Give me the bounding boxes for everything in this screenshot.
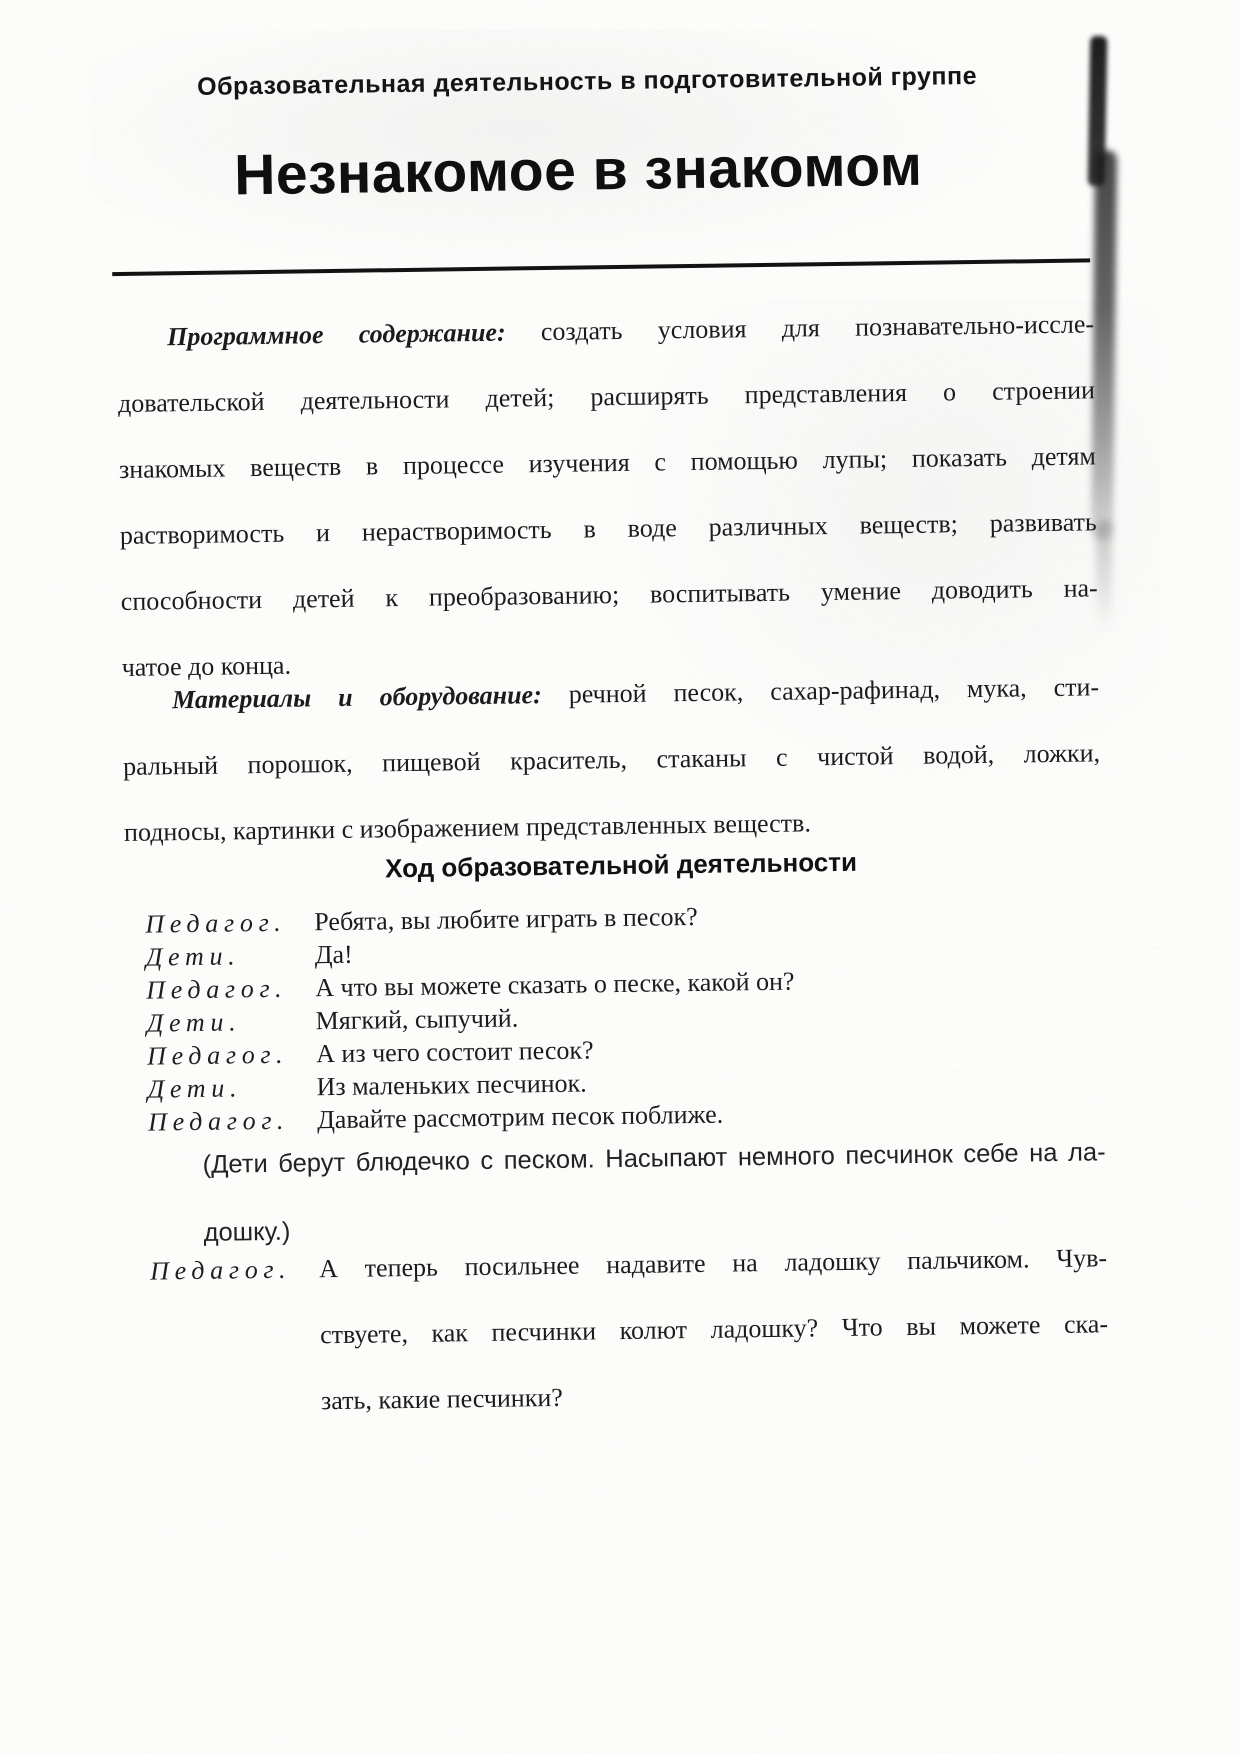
activity-script: Педагог.Ребята, вы любите играть в песок… [125,894,1109,1420]
speaker-label: Дети. [147,1070,316,1105]
paragraph: Материалы и оборудование: речной песок, … [122,670,1101,849]
speaker-label: Дети. [146,938,315,973]
section-heading: Ход образовательной деятельности [132,841,1109,889]
paragraph-lead: Материалы и оборудование: [172,680,542,714]
scan-gutter-shadow-bottom [1096,520,1112,630]
body-paragraphs: Программное содержание: создать условия … [117,307,1101,849]
dialogue-row: Педагог.А теперь посильнее надавите на л… [130,1241,1109,1420]
dialogue-text-line: ствуете, как песчинки колют ладошку? Что… [320,1307,1109,1384]
stage-direction-line: (Дети берут блюдечко с песком. Насыпают … [202,1135,1106,1216]
speaker-label: Дети. [146,1004,315,1039]
paragraph-line: способности детей к преобразованию; восп… [121,571,1099,651]
speaker-label: Педагог. [146,971,315,1006]
title-divider-rule [112,258,1090,276]
scanned-book-page: Образовательная деятельность в подготови… [0,0,1240,1754]
dialogue-speech: А теперь посильнее надавите на ладошку п… [319,1241,1109,1417]
speaker-label: Педагог. [148,1103,317,1138]
stage-direction: (Дети берут блюдечко с песком. Насыпают … [202,1135,1106,1250]
speaker-label: Педагог. [150,1252,321,1419]
dialogue-text-line: А теперь посильнее надавите на ладошку п… [319,1241,1108,1318]
speaker-label: Педагог. [145,905,314,940]
paragraph: Программное содержание: создать условия … [117,307,1099,684]
running-head: Образовательная деятельность в подготови… [98,59,1075,105]
page-title: Незнакомое в знакомом [89,127,1067,215]
speaker-label: Педагог. [147,1037,316,1072]
paragraph-line: ральный порошок, пищевой краситель, стак… [123,736,1101,816]
paragraph-lead: Программное содержание: [167,318,506,352]
page-content: Образовательная деятельность в подготови… [112,0,1109,1420]
